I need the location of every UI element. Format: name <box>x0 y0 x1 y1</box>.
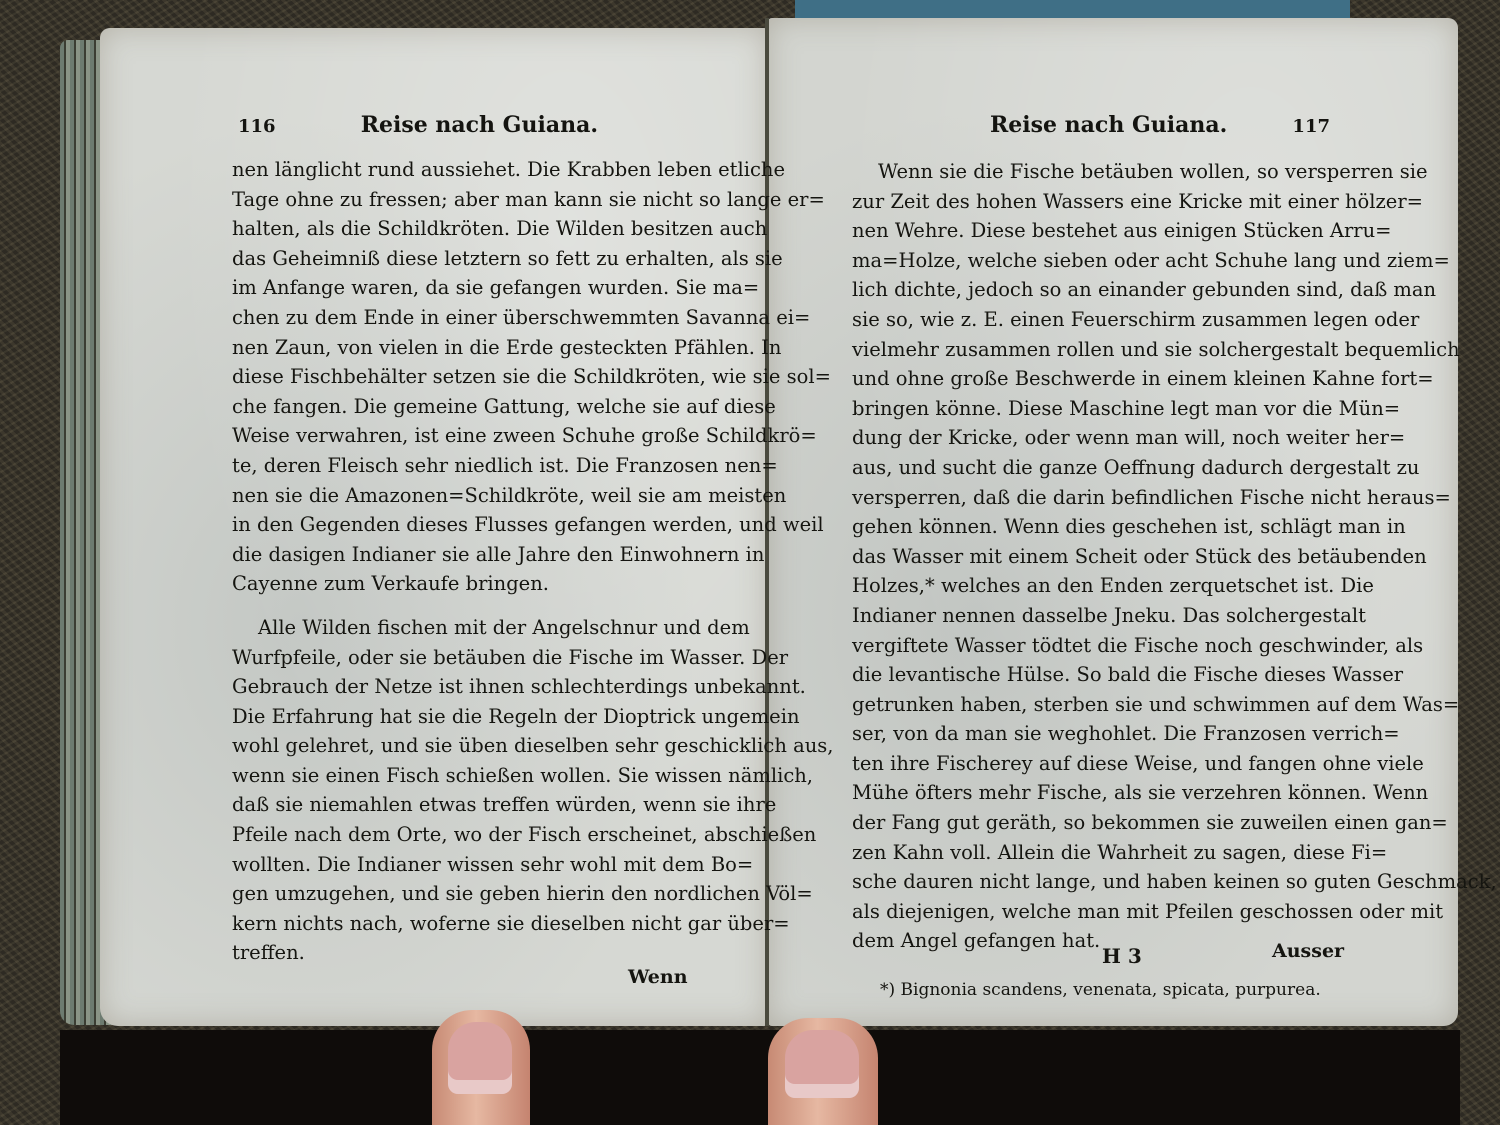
text-line: halten, als die Schildkröten. Die Wilden… <box>232 214 694 244</box>
left-running-title: Reise nach Guiana. <box>361 112 598 138</box>
text-line: kern nichts nach, woferne sie dieselben … <box>232 909 694 939</box>
text-line: ma=Holze, welche sieben oder acht Schuhe… <box>852 246 1326 276</box>
text-line: nen Zaun, von vielen in die Erde gesteck… <box>232 333 694 363</box>
text-line: im Anfange waren, da sie gefangen wurden… <box>232 273 694 303</box>
text-line: in den Gegenden dieses Flusses gefangen … <box>232 510 694 540</box>
text-line: dung der Kricke, oder wenn man will, noc… <box>852 423 1326 453</box>
left-page-number: 116 <box>238 116 276 137</box>
text-line: Holzes,* welches an den Enden zerquetsch… <box>852 571 1326 601</box>
text-line: das Wasser mit einem Scheit oder Stück d… <box>852 542 1326 572</box>
text-line: Die Erfahrung hat sie die Regeln der Dio… <box>232 702 694 732</box>
text-line: und ohne große Beschwerde in einem klein… <box>852 364 1326 394</box>
text-line: aus, und sucht die ganze Oeffnung dadurc… <box>852 453 1326 483</box>
left-catchword: Wenn <box>628 966 688 988</box>
right-running-title: Reise nach Guiana. <box>990 112 1227 138</box>
text-line: bringen könne. Diese Maschine legt man v… <box>852 394 1326 424</box>
text-line: wenn sie einen Fisch schießen wollen. Si… <box>232 761 694 791</box>
text-line: wohl gelehret, und sie üben dieselben se… <box>232 731 694 761</box>
text-line: che fangen. Die gemeine Gattung, welche … <box>232 392 694 422</box>
text-line: Cayenne zum Verkaufe bringen. <box>232 569 694 599</box>
text-line: Wurfpfeile, oder sie betäuben die Fische… <box>232 643 694 673</box>
paragraph-gap <box>232 599 694 613</box>
right-page-body: Wenn sie die Fische betäuben wollen, so … <box>852 157 1326 956</box>
right-thumbnail <box>785 1030 859 1098</box>
left-page-body: nen länglicht rund aussiehet. Die Krabbe… <box>232 155 694 968</box>
text-line: lich dichte, jedoch so an einander gebun… <box>852 275 1326 305</box>
text-line: gehen können. Wenn dies geschehen ist, s… <box>852 512 1326 542</box>
text-line: dem Angel gefangen hat. <box>852 926 1326 956</box>
text-line: Indianer nennen dasselbe Jneku. Das solc… <box>852 601 1326 631</box>
text-line: Wenn sie die Fische betäuben wollen, so … <box>852 157 1326 187</box>
text-line: nen sie die Amazonen=Schildkröte, weil s… <box>232 481 694 511</box>
text-line: die dasigen Indianer sie alle Jahre den … <box>232 540 694 570</box>
text-line: versperren, daß die darin befindlichen F… <box>852 483 1326 513</box>
text-line: gen umzugehen, und sie geben hierin den … <box>232 879 694 909</box>
footnote: *) Bignonia scandens, venenata, spicata,… <box>880 980 1321 1000</box>
text-line: Pfeile nach dem Orte, wo der Fisch ersch… <box>232 820 694 850</box>
text-line: die levantische Hülse. So bald die Fisch… <box>852 660 1326 690</box>
text-line: Alle Wilden fischen mit der Angelschnur … <box>232 613 694 643</box>
shadow-under-book <box>60 1030 1460 1125</box>
text-line: te, deren Fleisch sehr niedlich ist. Die… <box>232 451 694 481</box>
text-line: diese Fischbehälter setzen sie die Schil… <box>232 362 694 392</box>
text-line: ser, von da man sie weghohlet. Die Franz… <box>852 719 1326 749</box>
text-line: Tage ohne zu fressen; aber man kann sie … <box>232 185 694 215</box>
text-line: der Fang gut geräth, so bekommen sie zuw… <box>852 808 1326 838</box>
text-line: Weise verwahren, ist eine zween Schuhe g… <box>232 421 694 451</box>
text-line: treffen. <box>232 938 694 968</box>
text-line: als diejenigen, welche man mit Pfeilen g… <box>852 897 1326 927</box>
text-line: vielmehr zusammen rollen und sie solcher… <box>852 335 1326 365</box>
left-running-head: 116 Reise nach Guiana. <box>238 112 598 138</box>
text-line: zur Zeit des hohen Wassers eine Kricke m… <box>852 187 1326 217</box>
right-page-number: 117 <box>1292 116 1330 137</box>
text-line: chen zu dem Ende in einer überschwemmten… <box>232 303 694 333</box>
text-line: Gebrauch der Netze ist ihnen schlechterd… <box>232 672 694 702</box>
text-line: getrunken haben, sterben sie und schwimm… <box>852 690 1326 720</box>
text-line: daß sie niemahlen etwas treffen würden, … <box>232 790 694 820</box>
text-line: nen Wehre. Diese bestehet aus einigen St… <box>852 216 1326 246</box>
signature-mark: H 3 <box>1102 944 1142 968</box>
text-line: das Geheimniß diese letztern so fett zu … <box>232 244 694 274</box>
text-line: zen Kahn voll. Allein die Wahrheit zu sa… <box>852 838 1326 868</box>
right-catchword: Ausser <box>1272 940 1344 962</box>
text-line: ten ihre Fischerey auf diese Weise, und … <box>852 749 1326 779</box>
right-running-head: Reise nach Guiana. 117 <box>990 112 1330 138</box>
text-line: wollten. Die Indianer wissen sehr wohl m… <box>232 850 694 880</box>
left-thumbnail <box>448 1022 512 1094</box>
text-line: nen länglicht rund aussiehet. Die Krabbe… <box>232 155 694 185</box>
text-line: vergiftete Wasser tödtet die Fische noch… <box>852 631 1326 661</box>
text-line: sie so, wie z. E. einen Feuerschirm zusa… <box>852 305 1326 335</box>
text-line: sche dauren nicht lange, und haben keine… <box>852 867 1326 897</box>
text-line: Mühe öfters mehr Fische, als sie verzehr… <box>852 778 1326 808</box>
